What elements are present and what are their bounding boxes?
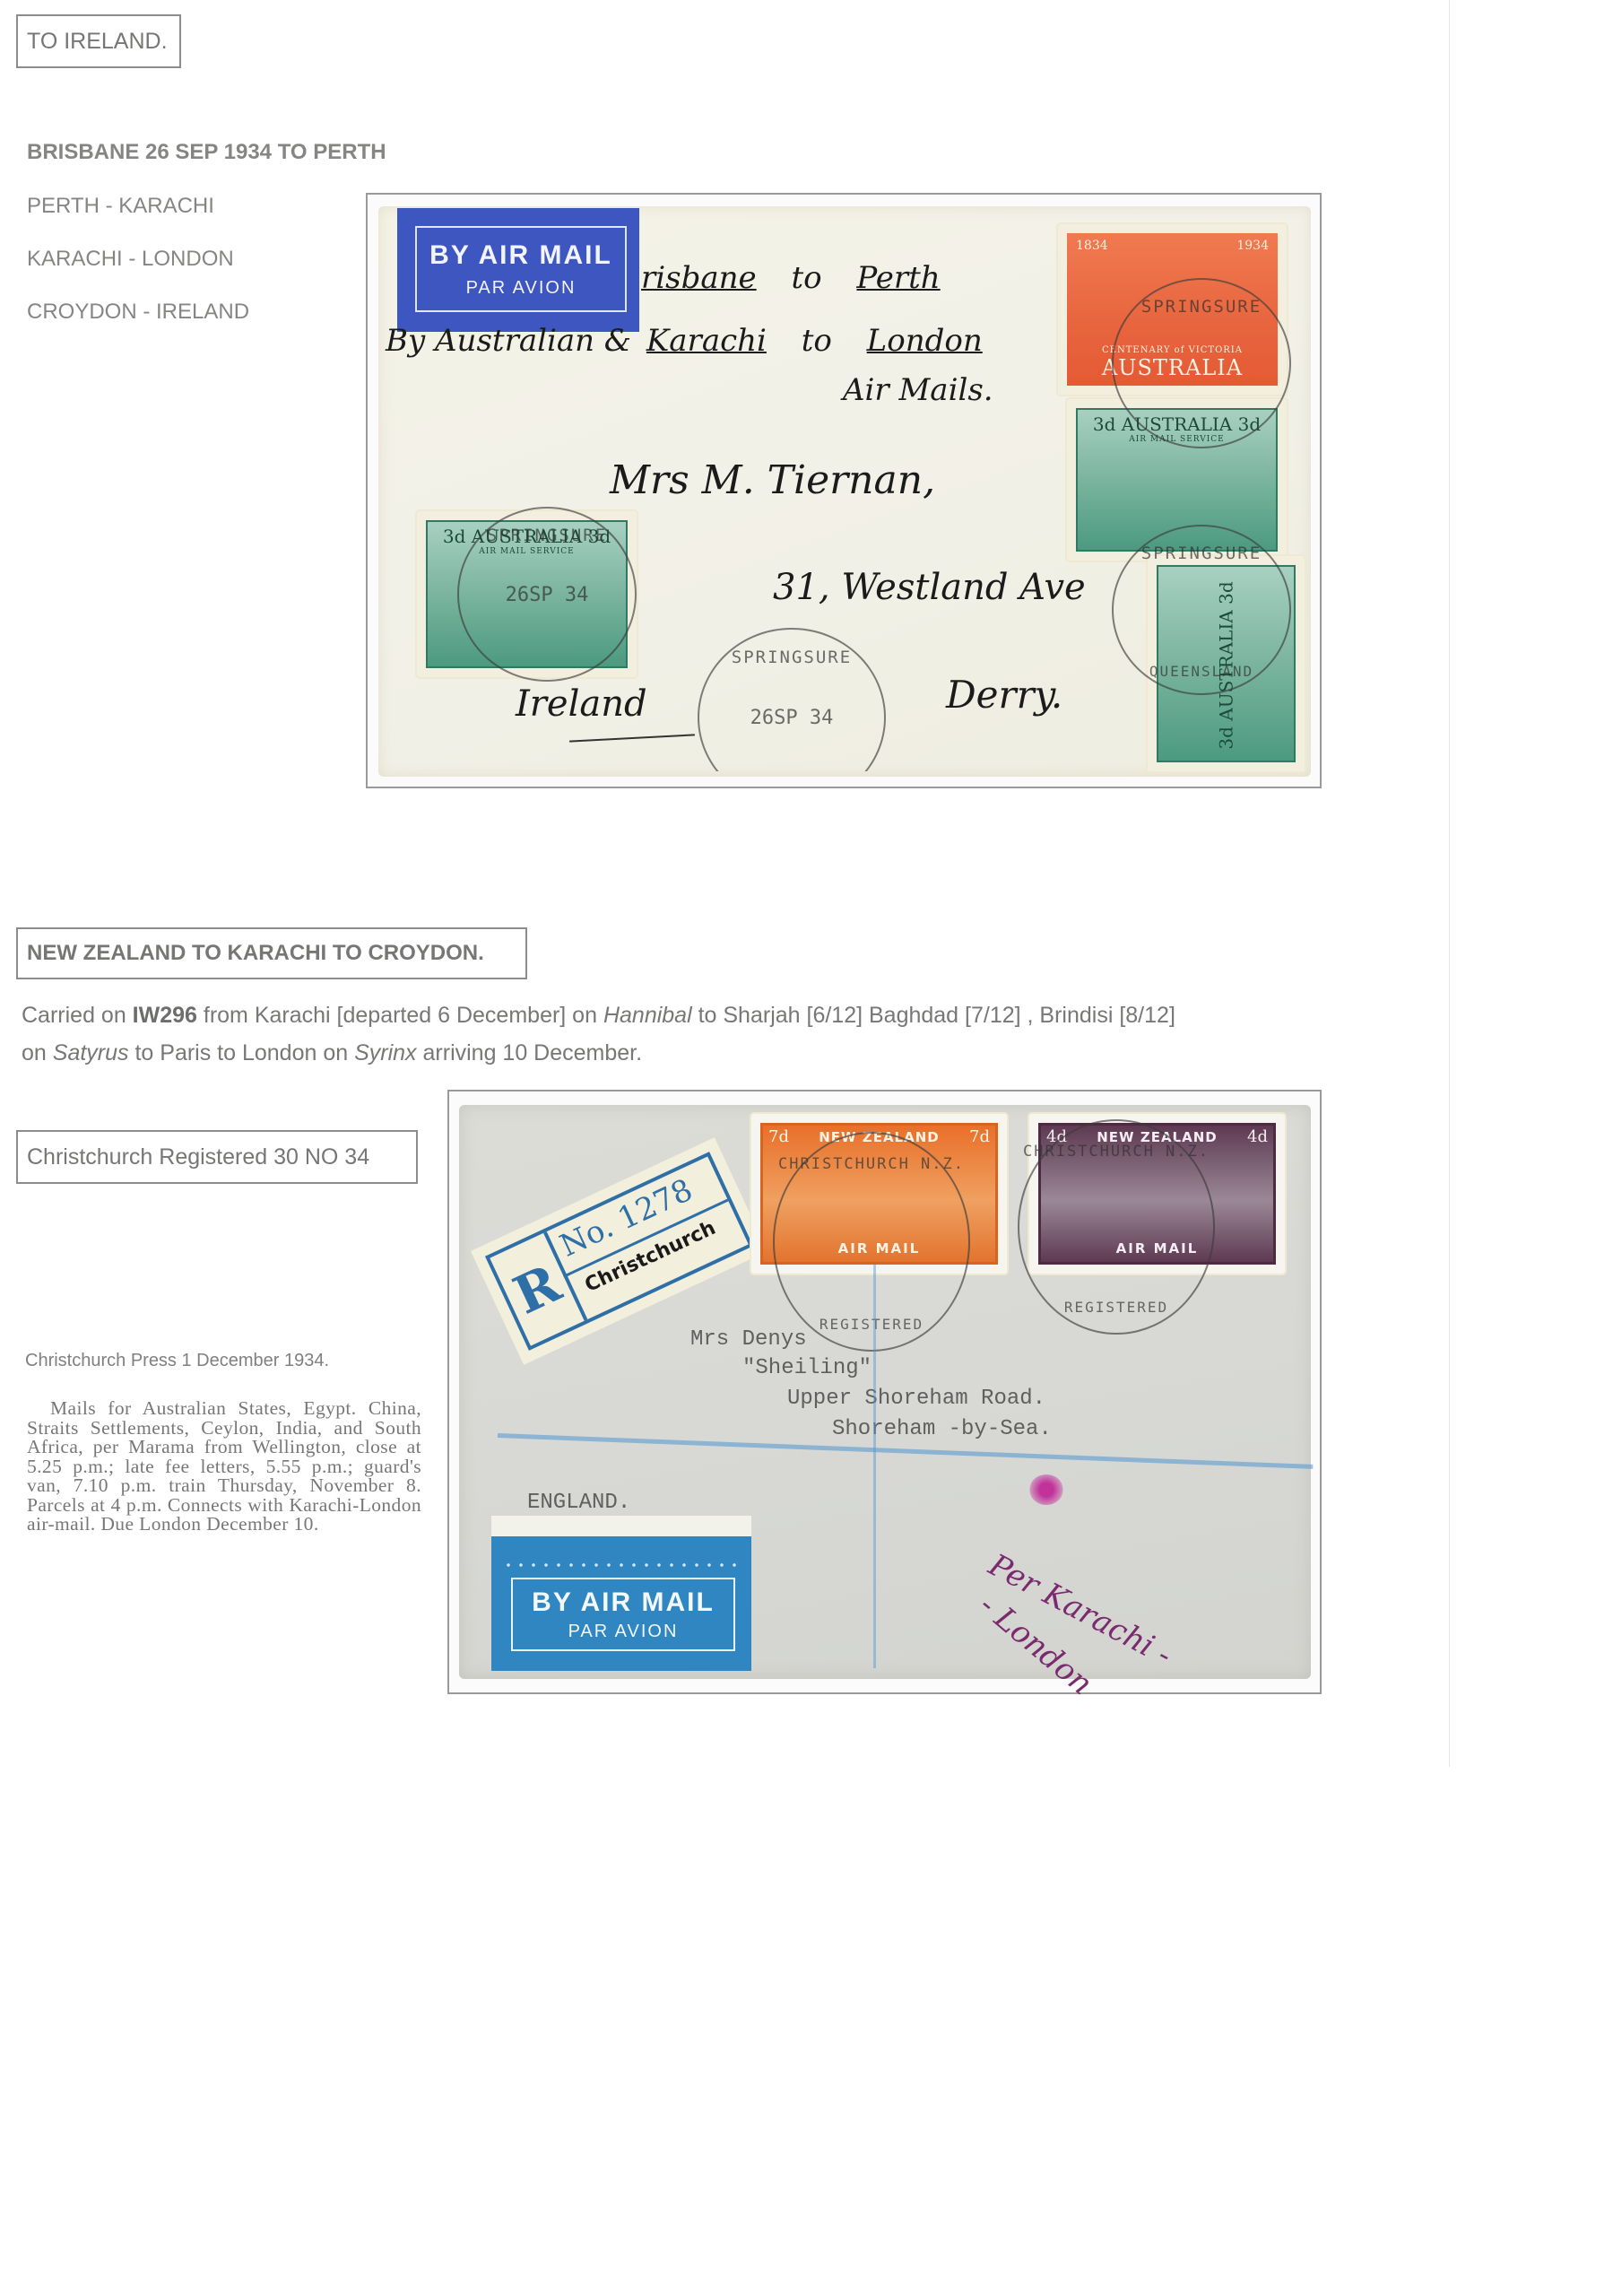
press-title: Christchurch Press 1 December 1934. (25, 1351, 329, 1371)
postmark-christchurch-2: CHRISTCHURCH N.Z. REGISTERED (1018, 1119, 1215, 1335)
desc-text: Carried on (22, 1003, 133, 1028)
desc-text: to Paris to London on (129, 1040, 355, 1065)
address-line2: "Sheiling" (742, 1356, 872, 1380)
address-line4: Shoreham -by-Sea. (832, 1417, 1052, 1441)
desc-aircraft-satyrus: Satyrus (53, 1040, 129, 1065)
blue-crayon-line-vertical (873, 1265, 876, 1668)
hw-brisbane: risbane (641, 260, 757, 296)
postmark-town: SPRINGSURE (1114, 544, 1289, 563)
address-line1: Mrs Denys (690, 1327, 807, 1352)
hw-addressee: Mrs M. Tiernan, (610, 457, 935, 503)
desc-text: to Sharjah [6/12] Baghdad [7/12] , Brind… (692, 1003, 1175, 1028)
hw-street: 31, Westland Ave (773, 567, 1086, 608)
postmark-town: CHRISTCHURCH N.Z. (1019, 1143, 1213, 1161)
postmark-springsure-1: SPRINGSURE (1112, 278, 1291, 448)
airmail-label: BY AIR MAIL PAR AVION (397, 208, 639, 332)
stamp-value: 7d (768, 1127, 789, 1146)
postmark-date: 26SP 34 (459, 584, 635, 606)
route-leg-2: KARACHI - LONDON (27, 247, 234, 272)
airmail-label-line2: PAR AVION (466, 278, 577, 299)
route-title: BRISBANE 26 SEP 1934 TO PERTH (27, 140, 386, 165)
airmail-label-line1: BY AIR MAIL (429, 240, 612, 271)
hw-town: Derry. (946, 673, 1062, 717)
hw-to2: to (802, 323, 832, 359)
airmail-label-line1: BY AIR MAIL (532, 1587, 715, 1618)
postmark-springsure-2: SPRINGSURE QUEENSLAND (1112, 525, 1291, 695)
press-clipping: Mails for Australian States, Egypt. Chin… (27, 1399, 421, 1535)
page-edge-line (1449, 0, 1450, 1767)
airmail-label-2: BY AIR MAIL PAR AVION (491, 1536, 751, 1671)
description-line1: Carried on IW296 from Karachi [departed … (22, 1003, 1175, 1029)
airmail-label-selvedge (491, 1516, 751, 1537)
perforation-row (502, 1563, 741, 1567)
hw-perth: Perth (856, 260, 940, 296)
handwriting-line2: By Australian & Karachi to London (386, 323, 983, 359)
postmark-town: CHRISTCHURCH N.Z. (775, 1155, 968, 1173)
hw-by-australian: By Australian & (386, 323, 631, 359)
route-leg-3: CROYDON - IRELAND (27, 300, 249, 325)
postmark-christchurch-1: CHRISTCHURCH N.Z. REGISTERED (773, 1132, 970, 1352)
hw-london: London (867, 323, 983, 359)
postmark-registered: REGISTERED (1019, 1299, 1213, 1316)
stamp-value: 4d (1247, 1127, 1268, 1146)
desc-text: arriving 10 December. (417, 1040, 643, 1065)
route-leg-1: PERTH - KARACHI (27, 194, 214, 219)
desc-flight-number: IW296 (133, 1003, 197, 1028)
stamp-value: 3d (1093, 413, 1116, 435)
christchurch-registered-label: Christchurch Registered 30 NO 34 (16, 1130, 418, 1184)
desc-aircraft-syrinx: Syrinx (354, 1040, 416, 1065)
desc-aircraft-hannibal: Hannibal (603, 1003, 692, 1028)
stamp-value: 7d (969, 1127, 990, 1146)
desc-text: on (22, 1040, 53, 1065)
description-line2: on Satyrus to Paris to London on Syrinx … (22, 1040, 642, 1066)
postmark-town: SPRINGSURE (1114, 297, 1289, 317)
postmark-date: 26SP 34 (699, 707, 884, 729)
hw-country: Ireland (516, 683, 647, 725)
address-line3: Upper Shoreham Road. (787, 1387, 1045, 1411)
postmark-town: SPRINGSURE (699, 648, 884, 667)
stamp-value: 3d (1216, 726, 1237, 750)
desc-text: from Karachi [departed 6 December] on (197, 1003, 603, 1028)
section-heading-to-ireland: TO IRELAND. (16, 14, 181, 68)
section-heading-nz-karachi-croydon: NEW ZEALAND TO KARACHI TO CROYDON. (16, 927, 527, 979)
postmark-town: SPRINGSURE (459, 526, 635, 545)
stamp-year-right: 1934 (1236, 239, 1269, 253)
handwriting-line1: risbane to Perth (641, 260, 941, 296)
hw-karachi: Karachi (646, 323, 767, 359)
hw-air-mails: Air Mails. (843, 372, 993, 408)
hw-to: to (791, 260, 821, 296)
postmark-springsure-3: SPRINGSURE 26SP 34 (457, 507, 637, 682)
stamp-year-left: 1834 (1076, 239, 1108, 253)
airmail-label-line2: PAR AVION (568, 1622, 679, 1642)
postmark-state: QUEENSLAND (1114, 663, 1289, 680)
address-country: ENGLAND. (527, 1491, 630, 1515)
ink-blot (1029, 1474, 1063, 1505)
